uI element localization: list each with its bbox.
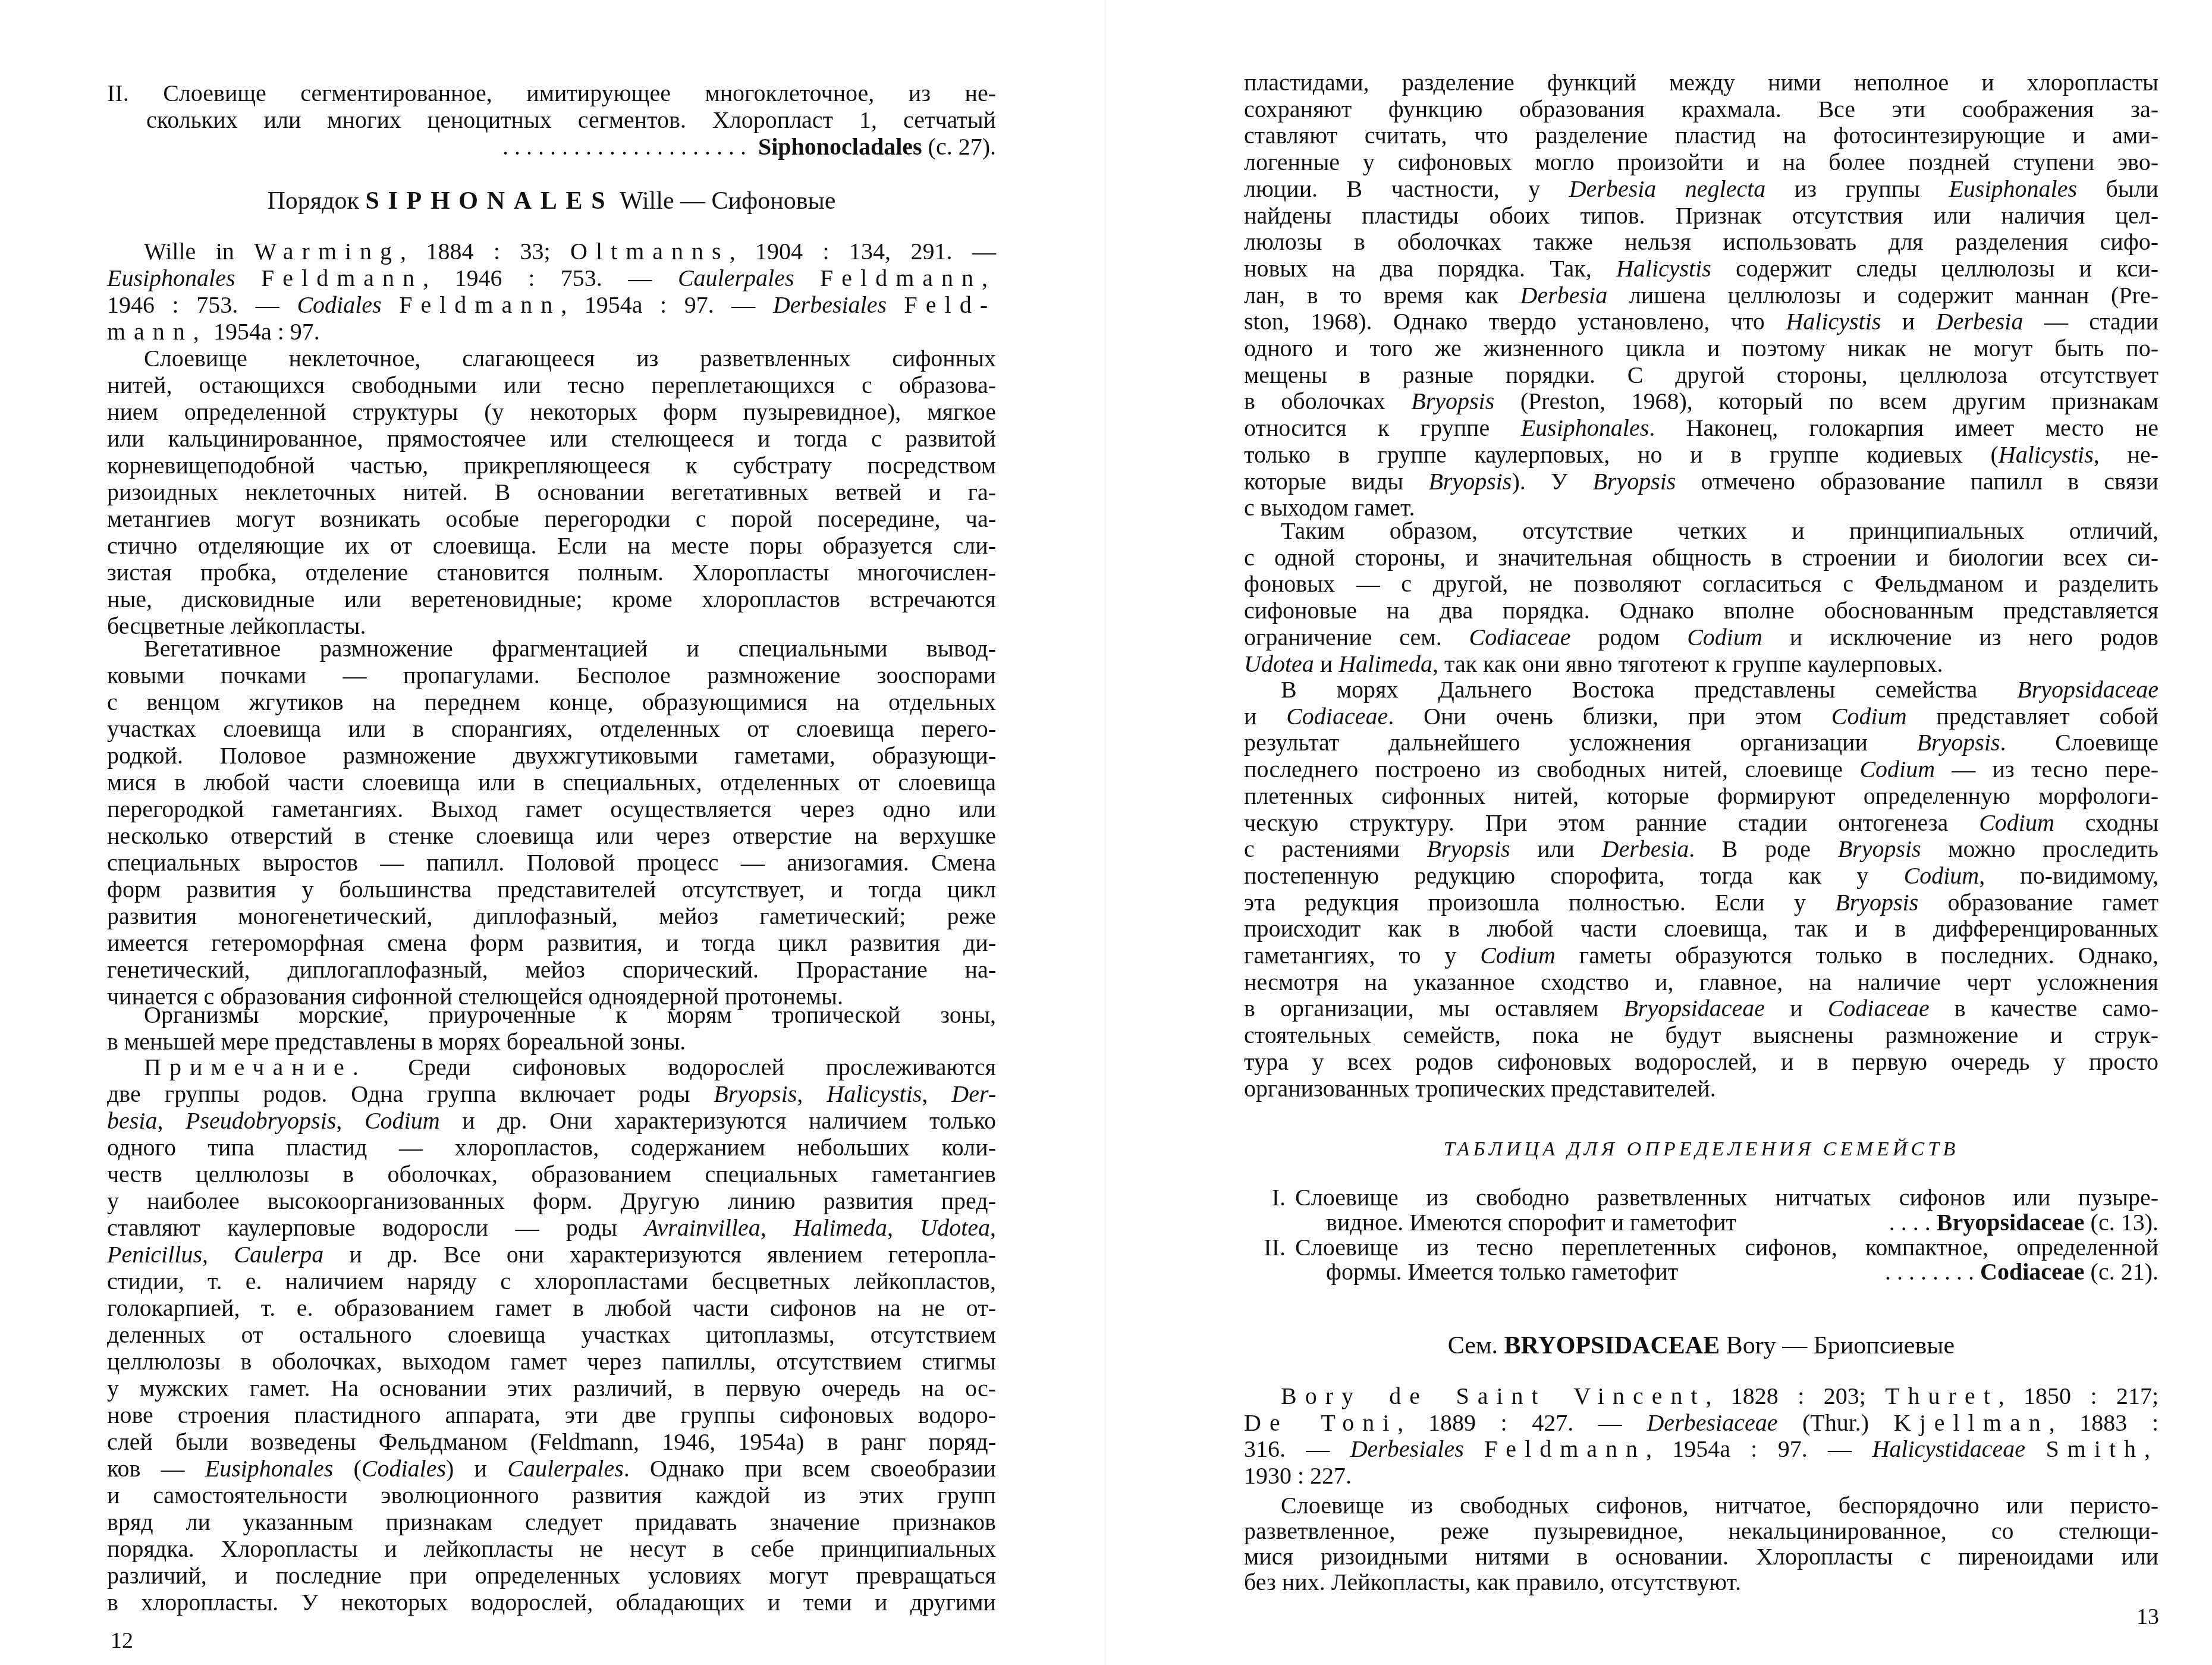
taxon-name: Bryopsis	[1592, 468, 1676, 495]
text-run: голокарпией, т. е. образованием гамет в …	[107, 1295, 996, 1321]
text-run: люции. В частности, у	[1244, 175, 1569, 202]
text-run: генетический, диплогаплофазный, мейоз сп…	[107, 956, 996, 983]
text-run: ков —	[107, 1455, 205, 1482]
text-line: с одной стороны, и значительная общность…	[1244, 544, 2158, 571]
text-run: нием определенной структуры (у некоторых…	[107, 398, 996, 425]
text-line: логенные у сифоновых могло произойти и н…	[1244, 149, 2158, 175]
taxon-name: Bryopsis	[714, 1080, 797, 1107]
text-line: генетический, диплогаплофазный, мейоз сп…	[107, 956, 996, 983]
text-line: голокарпией, т. е. образованием гамет в …	[107, 1295, 996, 1321]
text-run: происходит как в любой части слоевища, т…	[1244, 915, 2158, 942]
family-heading-prefix: Сем.	[1448, 1332, 1504, 1359]
text-run: или	[1510, 835, 1602, 862]
taxon-name: Bryopsidaceae	[2017, 676, 2158, 703]
text-line: вряд ли указанным признакам следует прид…	[107, 1509, 996, 1535]
text-line: мися ризоидными нитями в основании. Хлор…	[1244, 1543, 2158, 1570]
text-line: люлозы в оболочках также нельзя использо…	[1244, 228, 2158, 255]
text-run: ,	[336, 1107, 365, 1134]
order-heading-author: Wille — Сифоновые	[614, 187, 835, 215]
text-run: в качестве само-	[1930, 995, 2158, 1022]
text-run: ,	[761, 1214, 793, 1241]
key-item-II-line-2: скольких или многих ценоцитных сегментов…	[146, 106, 996, 133]
text-run: ,	[887, 1214, 920, 1241]
taxon-name: Codium	[1687, 624, 1762, 651]
text-run: нове строения пластидного аппарата, эти …	[107, 1402, 996, 1428]
leader-dots: . . . .	[1889, 1209, 1937, 1236]
text-run: только в группе каулерповых, но и в груп…	[1244, 441, 1999, 468]
text-run: мися в любой части слоевища или в специа…	[107, 769, 996, 796]
taxon-name: Udotea	[1244, 651, 1314, 677]
key-result-family: Codiaceae	[1980, 1258, 2085, 1285]
text-line: ston, 1968). Однако твердо установлено, …	[1244, 308, 2158, 335]
text-run: , так как они явно тяготеют к группе кау…	[1432, 651, 1943, 677]
taxon-name: Halicystis	[1999, 441, 2094, 468]
text-line: несколько отверстий в стенке слоевища ил…	[107, 822, 996, 849]
text-line: зистая пробка, отделение становится полн…	[107, 559, 996, 586]
text-line: mann, 1954a : 97.	[107, 318, 996, 345]
key-page-ref: (с. 13).	[2085, 1209, 2158, 1236]
text-line: ков — Eusiphonales (Codiales) и Caulerpa…	[107, 1455, 996, 1482]
key-item-text: Слоевище из тесно переплетенных сифонов,…	[1295, 1234, 2158, 1261]
text-run: . Наконец, голокарпия имеет место не	[1649, 414, 2158, 441]
text-line: специальных выростов — папилл. Половой п…	[107, 849, 996, 876]
text-line: De Toni, 1889 : 427. — Derbesiaceae (Thu…	[1244, 1409, 2158, 1436]
author-name: Smith,	[2046, 1435, 2158, 1462]
taxon-name: Caulerpa	[234, 1241, 323, 1268]
text-run: порядка. Хлоропласты и лейкопласты не не…	[107, 1535, 996, 1562]
text-line: развития моногенетический, диплофазный, …	[107, 903, 996, 929]
text-run: новых на два порядка. Так,	[1244, 255, 1616, 282]
taxon-name: Codiales	[297, 291, 381, 318]
text-line: ризоидных неклеточных нитей. В основании…	[107, 479, 996, 505]
text-run: стоятельных семейств, пока не будут выяс…	[1244, 1022, 2158, 1048]
text-line: одного типа пластид — хлоропластов, соде…	[107, 1134, 996, 1161]
taxon-name: Pseudobryopsis	[186, 1107, 336, 1134]
taxon-name: Eusiphonales	[205, 1455, 334, 1482]
text-line: ограничение сем. Codiaceae родом Codium …	[1244, 624, 2158, 651]
taxon-name: Halimeda	[1338, 651, 1432, 677]
text-run: мещены в разные порядки. С другой сторон…	[1244, 362, 2158, 388]
text-run: вряд ли указанным признакам следует прид…	[107, 1509, 996, 1535]
text-run: ,	[922, 1080, 951, 1107]
taxon-name: Bryopsis	[1428, 468, 1512, 495]
taxon-name: Derbesiales	[1350, 1435, 1464, 1462]
text-line: гаметангиях, то у Codium гаметы образуют…	[1244, 942, 2158, 969]
text-line: 1930 : 227.	[1244, 1462, 2158, 1489]
author-name: Feld-	[904, 291, 996, 318]
leader-dots: . . . . . . . . . . . . . . . . . . . . …	[502, 133, 746, 160]
text-run: деленных от остального слоевища участках…	[107, 1321, 996, 1348]
text-line: стидии, т. е. наличием наряду с хлоропла…	[107, 1268, 996, 1295]
text-run: имеется гетероморфная смена форм развити…	[107, 929, 996, 956]
text-run	[1464, 1435, 1484, 1462]
text-run: одного типа пластид — хлоропластов, соде…	[107, 1134, 996, 1161]
text-run: , 1883 :	[2049, 1409, 2158, 1436]
taxon-name: Codiaceae	[1828, 995, 1930, 1022]
text-run: , 1850 : 217;	[1999, 1383, 2158, 1409]
taxon-name: Caulerpales	[507, 1455, 624, 1482]
text-run: сифоновые на два порядка. Однако вполне …	[1244, 597, 2158, 624]
taxon-name: Codium	[365, 1107, 440, 1134]
taxon-name: Halicystis	[827, 1080, 922, 1107]
text-line: Слоевище неклеточное, слагающееся из раз…	[107, 345, 996, 372]
text-run: в хлоропласты. У некоторых водорослей, о…	[107, 1589, 996, 1616]
taxon-name: Codiaceae	[1286, 703, 1388, 730]
text-run: , 1884 : 33;	[400, 238, 570, 265]
text-line: с венцом жгутиков на переднем конце, обр…	[107, 689, 996, 715]
text-run: метангиев могут возникать особые перегор…	[107, 505, 996, 532]
page-number-right: 13	[2136, 1604, 2159, 1630]
text-run: и др. Они характеризуются наличием тольк…	[440, 1107, 996, 1134]
text-line: слей были возведены Фельдманом (Feldmann…	[107, 1428, 996, 1455]
text-run: одного и того же жизненного цикла и поэт…	[1244, 335, 2158, 362]
text-run: , не-	[2094, 441, 2158, 468]
text-run: Организмы морские, приуроченные к морям …	[144, 1001, 996, 1028]
text-line: эта редукция произошла полностью. Если у…	[1244, 889, 2158, 916]
text-line: относится к группе Eusiphonales. Наконец…	[1244, 414, 2158, 441]
text-line: новых на два порядка. Так, Halicystis со…	[1244, 255, 2158, 282]
text-line: ставляют каулерповые водоросли — роды Av…	[107, 1214, 996, 1241]
text-run: целлюлозы в оболочках, выходом гамет чер…	[107, 1348, 996, 1375]
text-run: ,	[797, 1080, 827, 1107]
text-line: люции. В частности, у Derbesia neglecta …	[1244, 175, 2158, 202]
text-line: сифоновые на два порядка. Однако вполне …	[1244, 597, 2158, 624]
text-line: только в группе каулерповых, но и в груп…	[1244, 441, 2158, 468]
text-run: сохраняют функцию образования крахмала. …	[1244, 96, 2158, 122]
text-run: организованных тропических представителе…	[1244, 1075, 1716, 1102]
text-run: корневищеподобной частью, прикрепляющеес…	[107, 452, 996, 479]
key-item-text: Слоевище сегментированное, имитирующее м…	[163, 80, 996, 106]
text-line: найдены пластиды обоих типов. Признак от…	[1244, 202, 2158, 229]
text-run	[2025, 1435, 2046, 1462]
key-item-II-line-3: . . . . . . . . . . . . . . . . . . . . …	[146, 133, 996, 160]
key-item-number: I.	[1244, 1184, 1286, 1211]
key-item-text: формы. Имеется только гаметофит	[1326, 1258, 1678, 1285]
taxon-name: Derbesiaceae	[1647, 1409, 1777, 1436]
text-line: метангиев могут возникать особые перегор…	[107, 505, 996, 532]
text-run: были	[2077, 175, 2158, 202]
text-line: без них. Лейкопласты, как правило, отсут…	[1244, 1569, 2158, 1595]
text-run: (	[333, 1455, 362, 1482]
text-run: родкой. Половое размножение двухжгутиков…	[107, 742, 996, 769]
taxon-name: Derbesiales	[773, 291, 887, 318]
text-run: слей были возведены Фельдманом (Feldmann…	[107, 1428, 996, 1455]
text-run: различий, и последние при определенных у…	[107, 1562, 996, 1589]
text-run: форм развития у большинства представител…	[107, 876, 996, 903]
text-run: (Preston, 1968), который по всем другим …	[1494, 388, 2158, 414]
text-run: разветвленное, реже пузыревидное, некаль…	[1244, 1518, 2158, 1544]
text-run: мися ризоидными нитями в основании. Хлор…	[1244, 1543, 2158, 1570]
key-table-title: ТАБЛИЦА ДЛЯ ОПРЕДЕЛЕНИЯ СЕМЕЙСТВ	[1244, 1136, 2158, 1163]
text-line: пластидами, разделение функций между ним…	[1244, 69, 2158, 96]
taxon-name: Codium	[1904, 862, 1980, 889]
key-item-text: видное. Имеются спорофит и гаметофит	[1326, 1209, 1736, 1236]
text-run: постепенную редукцию спорофита, тогда ка…	[1244, 862, 1904, 889]
text-run: которые виды	[1244, 468, 1428, 495]
text-line: форм развития у большинства представител…	[107, 876, 996, 903]
taxon-name: Halicystidaceae	[1872, 1435, 2025, 1462]
text-run: , 1889 : 427. —	[1397, 1409, 1647, 1436]
text-run: участках слоевища или в спорангиях, отде…	[107, 715, 996, 742]
text-line: 316. — Derbesiales Feldmann, 1954a : 97.…	[1244, 1435, 2158, 1462]
text-line: besia, Pseudobryopsis, Codium и др. Они …	[107, 1107, 996, 1134]
text-line: в меньшей мере представлены в морях боре…	[107, 1028, 996, 1055]
text-run: и самостоятельности эволюционного развит…	[107, 1482, 996, 1509]
left-page: II. Слоевище сегментированное, имитирующ…	[0, 0, 1106, 1665]
text-line: нове строения пластидного аппарата, эти …	[107, 1402, 996, 1428]
text-run: Вегетативное размножение фрагментацией и…	[144, 635, 996, 662]
text-run: гаметангиях, то у	[1244, 942, 1480, 969]
text-line: Penicillus, Caulerpa и др. Все они харак…	[107, 1241, 996, 1268]
key-item-number: II.	[107, 80, 129, 106]
text-run: образование гамет	[1918, 889, 2158, 916]
text-line: разветвленное, реже пузыревидное, некаль…	[1244, 1518, 2158, 1544]
text-line: фоновых — с другой, не позволяют согласи…	[1244, 570, 2158, 597]
text-line: плетенных сифонных нитей, которые формир…	[1244, 783, 2158, 809]
taxon-name: Eusiphonales	[1521, 414, 1649, 441]
text-run: гаметы образуются только в последних. Од…	[1556, 942, 2158, 969]
taxon-name: Bryopsis	[1427, 835, 1510, 862]
text-run: и др. Все они характеризуются явлением г…	[323, 1241, 996, 1268]
author-name: Kjellman	[1894, 1409, 2049, 1436]
text-run: содержит следы целлюлозы и кси-	[1711, 255, 2158, 282]
text-line: нитей, остающихся свободными или тесно п…	[107, 372, 996, 398]
text-run: и	[1244, 703, 1286, 730]
text-run: , 1828 : 203;	[1706, 1383, 1886, 1409]
text-run: , 1954a : 97. —	[1646, 1435, 1872, 1462]
text-run: . В роде	[1689, 835, 1837, 862]
text-run: можно проследить	[1921, 835, 2158, 862]
text-run: честв целлюлозы в оболочках, образование…	[107, 1161, 996, 1188]
taxon-name: Bryopsis	[1838, 835, 1921, 862]
taxon-name: Derbesia neglecta	[1569, 175, 1766, 202]
author-name: Thuret	[1885, 1383, 1999, 1409]
text-run: ). У	[1512, 468, 1592, 495]
text-line: в организации, мы оставляем Bryopsidacea…	[1244, 995, 2158, 1022]
text-run: ston, 1968). Однако твердо установлено, …	[1244, 308, 1786, 335]
leader-dots: . . . . . . . .	[1885, 1258, 1980, 1285]
text-run: из группы	[1765, 175, 1949, 202]
text-run: результат дальнейшего усложнения организ…	[1244, 729, 1917, 756]
text-run: или кальцинированное, прямостоячее или с…	[107, 425, 996, 452]
key-item-II-line-1: II. Слоевище сегментированное, имитирующ…	[107, 80, 996, 106]
text-line: и самостоятельности эволюционного развит…	[107, 1482, 996, 1509]
taxon-name: Halicystis	[1786, 308, 1881, 335]
text-line: мися в любой части слоевища или в специа…	[107, 769, 996, 796]
key-result-siphonocladales: Siphonocladales	[758, 133, 922, 160]
text-run: ковыми почками — пропагулами. Бесполое р…	[107, 662, 996, 689]
text-line: с растениями Bryopsis или Derbesia. В ро…	[1244, 835, 2158, 862]
text-run: ризоидных неклеточных нитей. В основании…	[107, 479, 996, 505]
text-line: Таким образом, отсутствие четких и принц…	[1244, 517, 2158, 544]
text-line: сохраняют функцию образования крахмала. …	[1244, 96, 2158, 122]
text-run: несмотря на указанное сходство и, главно…	[1244, 969, 2158, 995]
text-run: у наиболее высокоорганизованных форм. Др…	[107, 1188, 996, 1214]
text-line: ные, дисковидные или веретеновидные; кро…	[107, 586, 996, 612]
author-name: Feldmann	[399, 291, 561, 318]
text-line: последнего построено из свободных нитей,…	[1244, 756, 2158, 783]
taxon-name: Halimeda	[793, 1214, 887, 1241]
key-page-ref: (с. 21).	[2085, 1258, 2158, 1285]
text-run: — из тесно пере-	[1935, 756, 2158, 783]
text-run: и	[1881, 308, 1935, 335]
text-line: различий, и последние при определенных у…	[107, 1562, 996, 1589]
text-line: родкой. Половое размножение двухжгутиков…	[107, 742, 996, 769]
text-run: с одной стороны, и значительная общность…	[1244, 544, 2158, 571]
text-run: и исключение из него родов	[1762, 624, 2158, 651]
text-line: имеется гетероморфная смена форм развити…	[107, 929, 996, 956]
key-result-family: Bryopsidaceae	[1937, 1209, 2085, 1236]
order-heading-prefix: Порядок	[268, 187, 366, 215]
text-run: ставляют считать, что разделение пластид…	[1244, 122, 2158, 149]
text-run: сходны	[2054, 809, 2158, 836]
author-name: Bory de Saint Vincent	[1281, 1383, 1706, 1409]
taxon-name: Bryopsis	[1835, 889, 1918, 916]
taxon-name: Derbesia	[1602, 835, 1689, 862]
text-run: Wille in	[144, 238, 254, 265]
order-heading-name: SIPHONALES	[365, 187, 614, 215]
text-run: , 1954a : 97. —	[561, 291, 773, 318]
text-line: в оболочках Bryopsis (Preston, 1968), ко…	[1244, 388, 2158, 414]
text-run: развития моногенетический, диплофазный, …	[107, 903, 996, 929]
text-run: найдены пластиды обоих типов. Признак от…	[1244, 202, 2158, 229]
text-line: лан, в то время как Derbesia лишена целл…	[1244, 282, 2158, 309]
text-run: в организации, мы оставляем	[1244, 995, 1623, 1022]
taxon-name: Eusiphonales	[107, 265, 235, 291]
author-name: Feldmann	[1484, 1435, 1646, 1462]
text-line: честв целлюлозы в оболочках, образование…	[107, 1161, 996, 1188]
text-run	[235, 265, 262, 291]
text-line: Примечание. Среди сифоновых водорослей п…	[107, 1054, 996, 1080]
taxon-name: Codiaceae	[1469, 624, 1571, 651]
text-run: представляет собой	[1907, 703, 2158, 730]
text-line: Udotea и Halimeda, так как они явно тяго…	[1244, 651, 2158, 677]
text-line: у мужских гамет. На основании этих разли…	[107, 1375, 996, 1402]
text-run: ,	[202, 1241, 234, 1268]
text-run: с венцом жгутиков на переднем конце, обр…	[107, 689, 996, 715]
text-run: логенные у сифоновых могло произойти и н…	[1244, 149, 2158, 175]
taxon-name: Bryopsis	[1411, 388, 1494, 414]
taxon-name: besia	[107, 1107, 157, 1134]
text-line: Eusiphonales Feldmann, 1946 : 753. — Cau…	[107, 265, 996, 291]
taxon-name: Eusiphonales	[1949, 175, 2077, 202]
text-line: порядка. Хлоропласты и лейкопласты не не…	[107, 1535, 996, 1562]
text-line: ческую структуру. При этом ранние стадии…	[1244, 809, 2158, 836]
text-line: происходит как в любой части слоевища, т…	[1244, 915, 2158, 942]
text-run: — стадии	[2023, 308, 2158, 335]
text-run: . Однако при всем своеобразии	[624, 1455, 996, 1482]
text-run: в меньшей мере представлены в морях боре…	[107, 1028, 686, 1055]
text-run: нитей, остающихся свободными или тесно п…	[107, 372, 996, 398]
text-run: , 1904 : 134, 291. —	[730, 238, 996, 265]
taxon-name: Der-	[951, 1080, 996, 1107]
text-line: Вегетативное размножение фрагментацией и…	[107, 635, 996, 662]
family-heading-author: Bory — Бриопсиевые	[1720, 1332, 1955, 1359]
text-run: 1930 : 227.	[1244, 1462, 1352, 1489]
author-name: Warming	[254, 238, 400, 265]
text-run: фоновых — с другой, не позволяют согласи…	[1244, 570, 2158, 597]
key-item-result-line: видное. Имеются спорофит и гаметофит . .…	[1326, 1209, 2158, 1236]
key-item-result-line: формы. Имеется только гаметофит . . . . …	[1326, 1258, 2158, 1285]
text-line: целлюлозы в оболочках, выходом гамет чер…	[107, 1348, 996, 1375]
author-name: Feldmann	[261, 265, 423, 291]
text-line: перегородкой гаметангиях. Выход гамет ос…	[107, 796, 996, 822]
text-run: , по-видимому,	[1979, 862, 2158, 889]
taxon-name: Penicillus	[107, 1241, 202, 1268]
text-run: эта редукция произошла полностью. Если у	[1244, 889, 1835, 916]
taxon-name: Derbesia	[1520, 282, 1608, 309]
text-line: тура у всех родов сифоновых водорослей, …	[1244, 1048, 2158, 1075]
text-run: несколько отверстий в стенке слоевища ил…	[107, 822, 996, 849]
taxon-name: Udotea	[920, 1214, 990, 1241]
text-line: результат дальнейшего усложнения организ…	[1244, 729, 2158, 756]
text-run: без них. Лейкопласты, как правило, отсут…	[1244, 1569, 1741, 1595]
text-run: В морях Дальнего Востока представлены се…	[1281, 676, 2017, 703]
text-line: нием определенной структуры (у некоторых…	[107, 398, 996, 425]
text-line: Слоевище из свободных сифонов, нитчатое,…	[1244, 1492, 2158, 1519]
text-run: 1946 : 753. —	[107, 291, 297, 318]
text-run: ,	[990, 1214, 996, 1241]
text-run: относится к группе	[1244, 414, 1521, 441]
text-run: Таким образом, отсутствие четких и принц…	[1281, 517, 2158, 544]
text-run: в оболочках	[1244, 388, 1411, 414]
text-line: у наиболее высокоорганизованных форм. Др…	[107, 1188, 996, 1214]
text-run: 316. —	[1244, 1435, 1350, 1462]
text-run: специальных выростов — папилл. Половой п…	[107, 849, 996, 876]
taxon-name: Codium	[1480, 942, 1556, 969]
author-name: Oltmanns	[570, 238, 730, 265]
text-run: родом	[1571, 624, 1688, 651]
text-run: Среди сифоновых водорослей прослеживаютс…	[367, 1054, 996, 1080]
taxon-name: Codium	[1859, 756, 1935, 783]
text-line: деленных от остального слоевища участках…	[107, 1321, 996, 1348]
taxon-name: Caulerpales	[678, 265, 794, 291]
key-item-text: Слоевище из свободно разветвленных нитча…	[1295, 1184, 2158, 1211]
text-run: перегородкой гаметангиях. Выход гамет ос…	[107, 796, 996, 822]
text-line: которые виды Bryopsis). У Bryopsis отмеч…	[1244, 468, 2158, 495]
right-page: пластидами, разделение функций между ним…	[1106, 0, 2212, 1665]
text-run: люлозы в оболочках также нельзя использо…	[1244, 228, 2158, 255]
taxon-name: Bryopsidaceae	[1623, 995, 1765, 1022]
text-line: организованных тропических представителе…	[1244, 1075, 2158, 1102]
text-line: одного и того же жизненного цикла и поэт…	[1244, 335, 2158, 362]
text-run: зистая пробка, отделение становится полн…	[107, 559, 996, 586]
text-run: пластидами, разделение функций между ним…	[1244, 69, 2158, 96]
text-line: Организмы морские, приуроченные к морям …	[107, 1001, 996, 1028]
text-run: с растениями	[1244, 835, 1427, 862]
taxon-name: Codiales	[362, 1455, 446, 1482]
text-run: стидии, т. е. наличием наряду с хлоропла…	[107, 1268, 996, 1295]
text-run	[382, 291, 400, 318]
text-line: Wille in Warming, 1884 : 33; Oltmanns, 1…	[107, 238, 996, 265]
text-run: у мужских гамет. На основании этих разли…	[107, 1375, 996, 1402]
order-heading: Порядок SIPHONALES Wille — Сифоновые	[107, 188, 996, 215]
text-run: ,	[157, 1107, 186, 1134]
text-run: , 1946 : 753. —	[423, 265, 678, 291]
text-run: лан, в то время как	[1244, 282, 1520, 309]
text-run: последнего построено из свободных нитей,…	[1244, 756, 1859, 783]
taxon-name: Codium	[1831, 703, 1907, 730]
text-line: две группы родов. Одна группа включает р…	[107, 1080, 996, 1107]
text-line: корневищеподобной частью, прикрепляющеес…	[107, 452, 996, 479]
taxon-name: Halicystis	[1616, 255, 1711, 282]
text-line: 1946 : 753. — Codiales Feldmann, 1954a :…	[107, 291, 996, 318]
text-run: лишена целлюлозы и содержит маннан (Pre-	[1607, 282, 2158, 309]
text-run: ) и	[446, 1455, 507, 1482]
text-run: Слоевище из свободных сифонов, нитчатое,…	[1281, 1492, 2158, 1519]
text-run: и	[1314, 651, 1338, 677]
text-line: постепенную редукцию спорофита, тогда ка…	[1244, 862, 2158, 889]
